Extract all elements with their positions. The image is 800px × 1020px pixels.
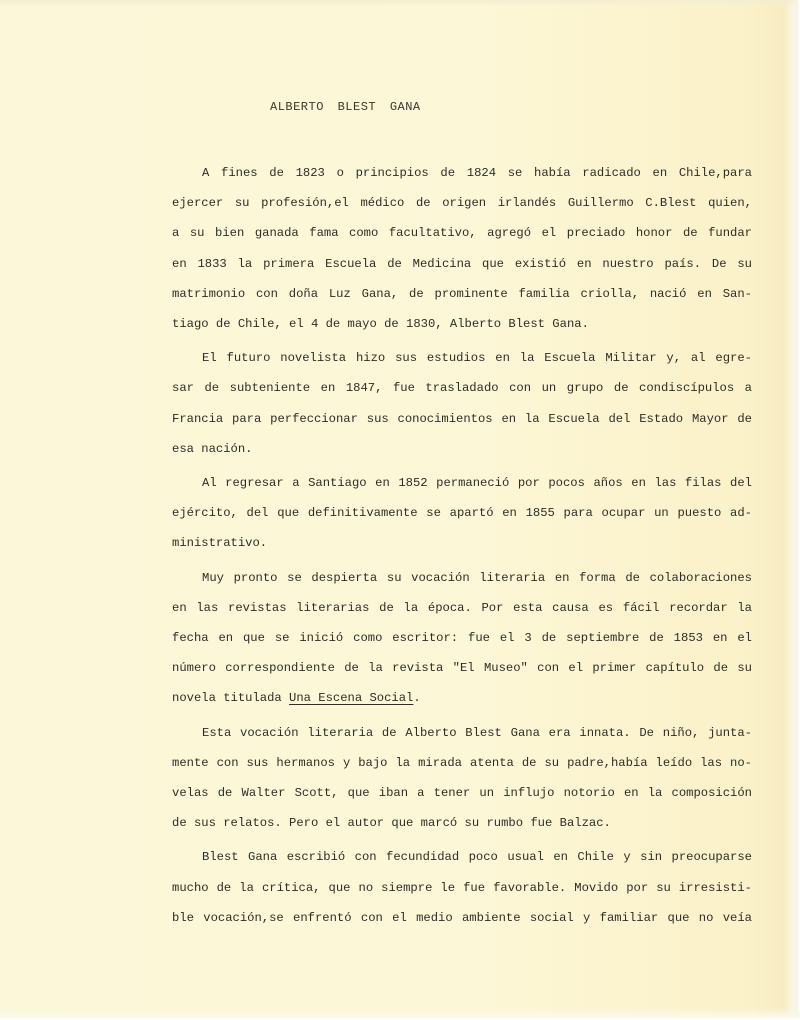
text-line: en 1833 la primera Escuela de Medicina q… — [142, 249, 752, 279]
text-line: ble vocación,se enfrentó con el medio am… — [142, 903, 752, 933]
paragraph-3: Al regresar a Santiago en 1852 permaneci… — [142, 468, 752, 559]
text-line: ejército, del que definitivamente se apa… — [142, 498, 752, 528]
text-line: novela titulada Una Escena Social. — [142, 683, 752, 713]
typewritten-page: ALBERTO BLEST GANA A fines de 1823 o pri… — [0, 0, 800, 1020]
text-line: Francia para perfeccionar sus conocimien… — [142, 404, 752, 434]
text-line: sar de subteniente en 1847, fue traslada… — [142, 373, 752, 403]
text-line: Blest Gana escribió con fecundidad poco … — [142, 842, 752, 872]
text-line: Muy pronto se despierta su vocación lite… — [142, 563, 752, 593]
paragraph-5: Esta vocación literaria de Alberto Blest… — [142, 718, 752, 839]
text-line: A fines de 1823 o principios de 1824 se … — [142, 158, 752, 188]
text-line: matrimonio con doña Luz Gana, de promine… — [142, 279, 752, 309]
text-line: ejercer su profesión,el médico de origen… — [142, 188, 752, 218]
text-line: ministrativo. — [142, 528, 752, 558]
document-body: A fines de 1823 o principios de 1824 se … — [142, 158, 752, 937]
text-line: esa nación. — [142, 434, 752, 464]
text-line: velas de Walter Scott, que iban a tener … — [142, 778, 752, 808]
text-fragment: . — [413, 691, 420, 705]
page-top-edge — [0, 0, 800, 6]
page-bottom-edge — [0, 1008, 800, 1020]
text-line: mucho de la crítica, que no siempre le f… — [142, 873, 752, 903]
text-line: fecha en que se inició como escritor: fu… — [142, 623, 752, 653]
text-line: en las revistas literarias de la época. … — [142, 593, 752, 623]
page-right-edge — [792, 0, 800, 1020]
text-line: número correspondiente de la revista "El… — [142, 653, 752, 683]
text-line: El futuro novelista hizo sus estudios en… — [142, 343, 752, 373]
paragraph-4: Muy pronto se despierta su vocación lite… — [142, 563, 752, 714]
paragraph-1: A fines de 1823 o principios de 1824 se … — [142, 158, 752, 339]
text-line: tiago de Chile, el 4 de mayo de 1830, Al… — [142, 309, 752, 339]
paragraph-6: Blest Gana escribió con fecundidad poco … — [142, 842, 752, 933]
paragraph-2: El futuro novelista hizo sus estudios en… — [142, 343, 752, 464]
text-line: Esta vocación literaria de Alberto Blest… — [142, 718, 752, 748]
document-title: ALBERTO BLEST GANA — [270, 100, 421, 114]
text-line: mente con sus hermanos y bajo la mirada … — [142, 748, 752, 778]
novel-title-underlined: Una Escena Social — [289, 691, 413, 705]
text-line: de sus relatos. Pero el autor que marcó … — [142, 808, 752, 838]
text-line: Al regresar a Santiago en 1852 permaneci… — [142, 468, 752, 498]
text-fragment: novela titulada — [172, 691, 289, 705]
text-line: a su bien ganada fama como facultativo, … — [142, 218, 752, 248]
